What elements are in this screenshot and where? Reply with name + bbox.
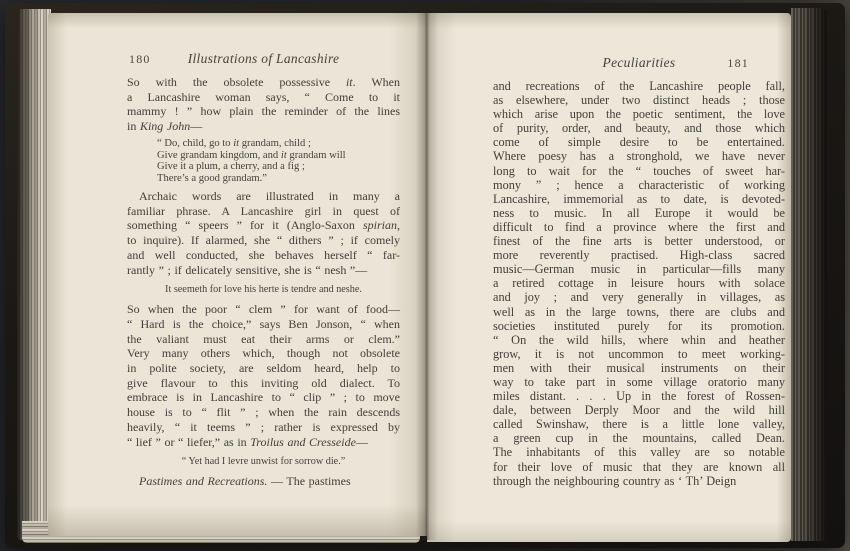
text-line: Lancashire, immemorial as to date, is de… [493, 192, 785, 206]
para-block: Pastimes and Recreations. — The pastimes [127, 474, 400, 489]
text-line: more reverently practised. High-class sa… [493, 248, 785, 262]
centered-block: “ Yet had I levre unwist for sorrow die.… [127, 456, 400, 468]
text-line: called Swinshaw, there is a little lone … [493, 417, 785, 431]
text-line: “ Hard is the choice,” says Ben Jonson, … [127, 317, 400, 332]
left-running-header: Illustrations of Lancashire [127, 51, 400, 66]
text-line: through the neighbouring country as ‘ Th… [493, 474, 785, 488]
text-line: societies instituted purely for its prom… [493, 319, 785, 333]
text-line: Archaic words are illustrated in many a [127, 189, 400, 204]
text-line: Pastimes and Recreations. — The pastimes [127, 474, 400, 489]
left-page-body: So with the obsolete possessive it. When… [127, 75, 400, 489]
text-line: something “ speers ” for it (Anglo-Saxon… [127, 218, 400, 233]
text-line: come of simple desire to be entertained. [493, 135, 785, 149]
text-line: mony ” ; hence a characteristic of worki… [493, 178, 785, 192]
text-line: to inquire). If alarmed, she “ dithers ”… [127, 233, 400, 248]
text-line: long to wait for the “ touches of sweet … [493, 164, 785, 178]
text-line: The inhabitants of this valley are so no… [493, 445, 785, 459]
text-line: in King John— [127, 119, 400, 134]
para-block: So with the obsolete possessive it. When… [127, 75, 400, 134]
right-page-number: 181 [727, 56, 749, 71]
text-line: for their love of music that they are kn… [493, 460, 785, 474]
text-line: a Lancashire woman says, “ Come to it [127, 90, 400, 105]
text-line: Where poesy has a stronghold, we have ne… [493, 149, 785, 163]
text-line: “ On the wild hills, where whin and heat… [493, 333, 785, 347]
text-line: dale, between Derply Moor and the wild h… [493, 403, 785, 417]
text-line: in polite society, are seldom heard, hel… [127, 361, 400, 376]
centered-block: It seemeth for love his herte is tendre … [127, 284, 400, 296]
text-line: difficult to find a province where the f… [493, 220, 785, 234]
text-line: Give it a plum, a cherry, and a fig ; [157, 161, 400, 173]
text-line: a retired cottage in leisure hours with … [493, 276, 785, 290]
text-line: ness to music. In all Europe it would be [493, 206, 785, 220]
para-block: Archaic words are illustrated in many af… [127, 189, 400, 277]
text-line: grow, it is not uncommon to meet working… [493, 347, 785, 361]
text-line: It seemeth for love his herte is tendre … [127, 284, 400, 296]
text-line: and well conducted, she behaves herself … [127, 248, 400, 263]
book-gutter [416, 13, 438, 540]
text-line: “ Do, child, go to it grandam, child ; [157, 138, 400, 150]
para-block: and recreations of the Lancashire people… [493, 79, 785, 488]
page-edges-left [17, 9, 51, 540]
text-line: a green cup in the mountains, called Dea… [493, 431, 785, 445]
text-line: men with their musical instruments on th… [493, 361, 785, 375]
verse-block: “ Do, child, go to it grandam, child ;Gi… [157, 138, 400, 185]
page-edges-right [791, 8, 827, 541]
book-photo: 180 Illustrations of Lancashire So with … [0, 0, 850, 551]
text-line: Very many others which, though not obsol… [127, 346, 400, 361]
text-line: Give grandam kingdom, and it grandam wil… [157, 150, 400, 162]
text-line: give flavour to this inviting old dialec… [127, 376, 400, 391]
text-line: “ lief ” or “ liefer,” as in Troilus and… [127, 435, 400, 450]
text-line: way to take part in some village oratori… [493, 375, 785, 389]
right-page: 181 Peculiarities and recreations of the… [427, 13, 791, 542]
para-block: So when the poor “ clem ” for want of fo… [127, 302, 400, 449]
text-line: “ Yet had I levre unwist for sorrow die.… [127, 456, 400, 468]
left-text-column: 180 Illustrations of Lancashire So with … [127, 51, 400, 489]
text-line: So when the poor “ clem ” for want of fo… [127, 302, 400, 317]
text-line: of purity, order, and beauty, and those … [493, 121, 785, 135]
text-line: as elsewhere, under two distinct heads ;… [493, 93, 785, 107]
text-line: music—German music in particular—fills m… [493, 262, 785, 276]
text-line: familiar phrase. A Lancashire girl in qu… [127, 204, 400, 219]
text-line: mammy ! ” how plain the reminder of the … [127, 104, 400, 119]
text-line: and recreations of the Lancashire people… [493, 79, 785, 93]
text-line: miles distant. . . . Up in the forest of… [493, 389, 785, 403]
text-line: So with the obsolete possessive it. When [127, 75, 400, 90]
right-page-body: and recreations of the Lancashire people… [493, 79, 785, 488]
left-page-number: 180 [129, 52, 151, 67]
text-line: finest of the fine arts is better unders… [493, 234, 785, 248]
text-line: which arise upon the poetic sentiment, t… [493, 107, 785, 121]
text-line: embrace is in Lancashire to “ clip ” ; t… [127, 390, 400, 405]
text-line: There’s a good grandam.” [157, 173, 400, 185]
text-line: heavily, “ it teems ” ; rather is expres… [127, 420, 400, 435]
right-text-column: 181 Peculiarities and recreations of the… [493, 55, 785, 488]
text-line: house is to “ flit ” ; when the rain des… [127, 405, 400, 420]
text-line: and joy ; and very generally in villages… [493, 290, 785, 304]
text-line: well as in the large towns, there are cl… [493, 305, 785, 319]
text-line: the valiant must eat their arms or clem.… [127, 332, 400, 347]
text-line: rantly ” ; if delicately sensitive, she … [127, 263, 400, 278]
left-page: 180 Illustrations of Lancashire So with … [48, 13, 427, 536]
